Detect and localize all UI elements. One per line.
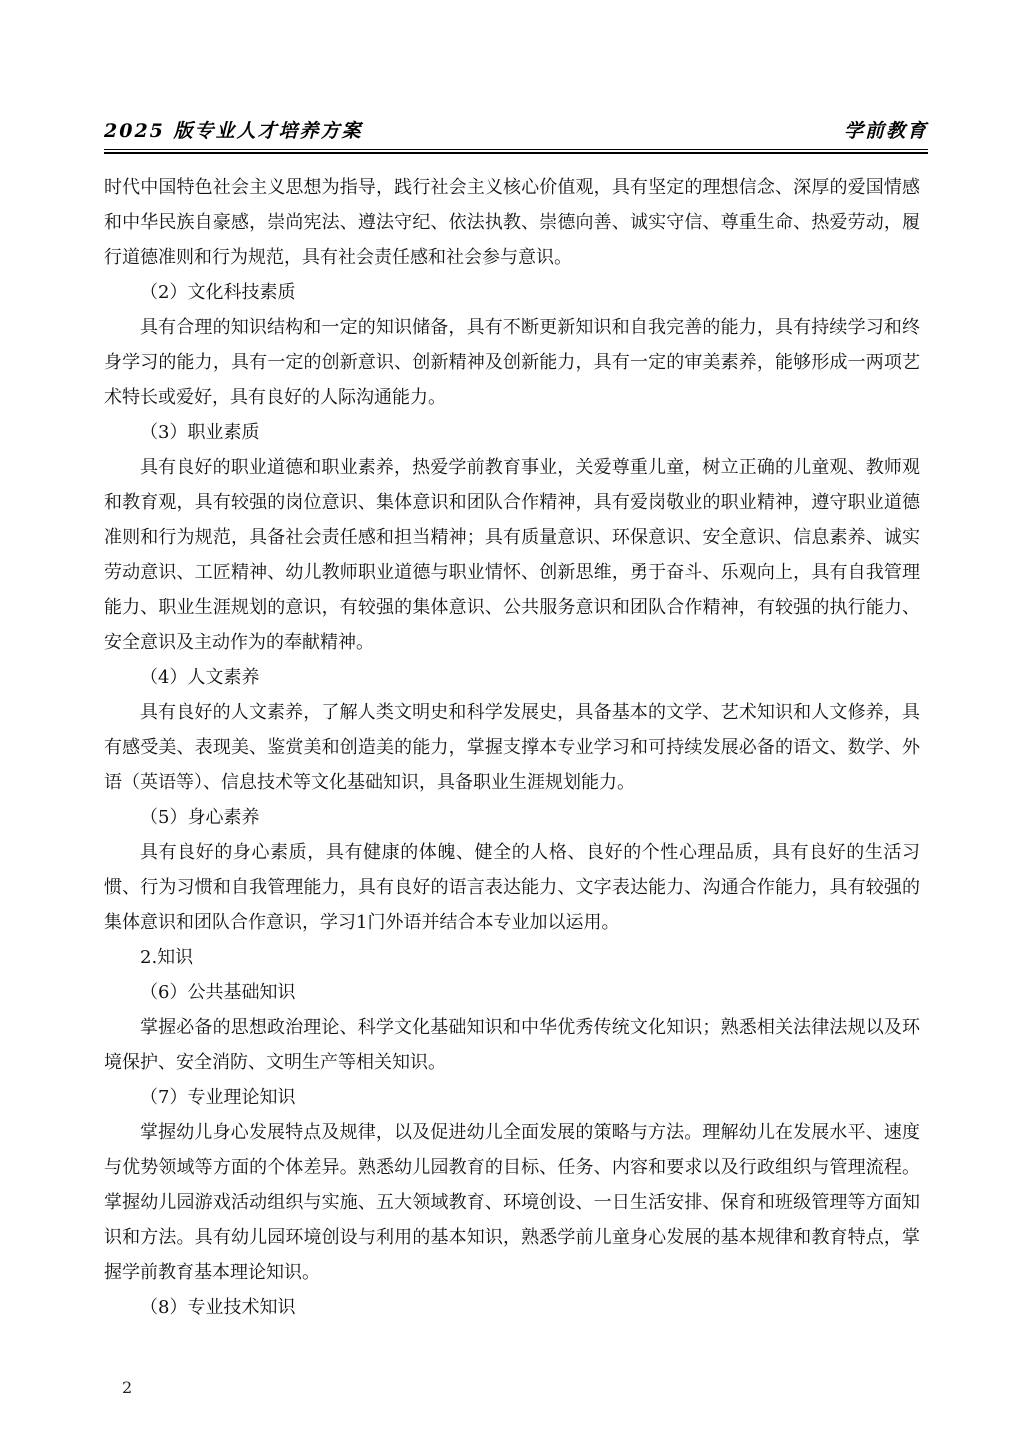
section-heading: （3）职业素质	[104, 415, 920, 450]
section-heading: （8）专业技术知识	[104, 1290, 920, 1325]
section-heading: （6）公共基础知识	[104, 975, 920, 1010]
body-paragraph: 时代中国特色社会主义思想为指导，践行社会主义核心价值观，具有坚定的理想信念、深厚…	[104, 170, 920, 275]
header-row: 2025 版专业人才培养方案 学前教育	[104, 116, 928, 143]
header-rule	[104, 149, 928, 154]
section-heading: （7）专业理论知识	[104, 1080, 920, 1115]
section-heading: 2.知识	[104, 940, 920, 975]
body-paragraph: 掌握必备的思想政治理论、科学文化基础知识和中华优秀传统文化知识；熟悉相关法律法规…	[104, 1010, 920, 1080]
section-heading: （2）文化科技素质	[104, 275, 920, 310]
document-page: 2025 版专业人才培养方案 学前教育 时代中国特色社会主义思想为指导，践行社会…	[0, 0, 1024, 1448]
body-paragraph: 具有良好的身心素质，具有健康的体魄、健全的人格、良好的个性心理品质，具有良好的生…	[104, 835, 920, 940]
document-body: 时代中国特色社会主义思想为指导，践行社会主义核心价值观，具有坚定的理想信念、深厚…	[104, 170, 920, 1325]
page-header: 2025 版专业人才培养方案 学前教育	[104, 116, 928, 154]
section-heading: （5）身心素养	[104, 800, 920, 835]
body-paragraph: 具有合理的知识结构和一定的知识储备，具有不断更新知识和自我完善的能力，具有持续学…	[104, 310, 920, 415]
body-paragraph: 具有良好的职业道德和职业素养，热爱学前教育事业，关爱尊重儿童，树立正确的儿童观、…	[104, 450, 920, 660]
body-paragraph: 具有良好的人文素养，了解人类文明史和科学发展史，具备基本的文学、艺术知识和人文修…	[104, 695, 920, 800]
section-heading: （4）人文素养	[104, 660, 920, 695]
page-number: 2	[122, 1378, 132, 1397]
body-paragraph: 掌握幼儿身心发展特点及规律，以及促进幼儿全面发展的策略与方法。理解幼儿在发展水平…	[104, 1115, 920, 1290]
header-right-title: 学前教育	[844, 116, 928, 143]
header-left-title: 2025 版专业人才培养方案	[104, 116, 363, 143]
